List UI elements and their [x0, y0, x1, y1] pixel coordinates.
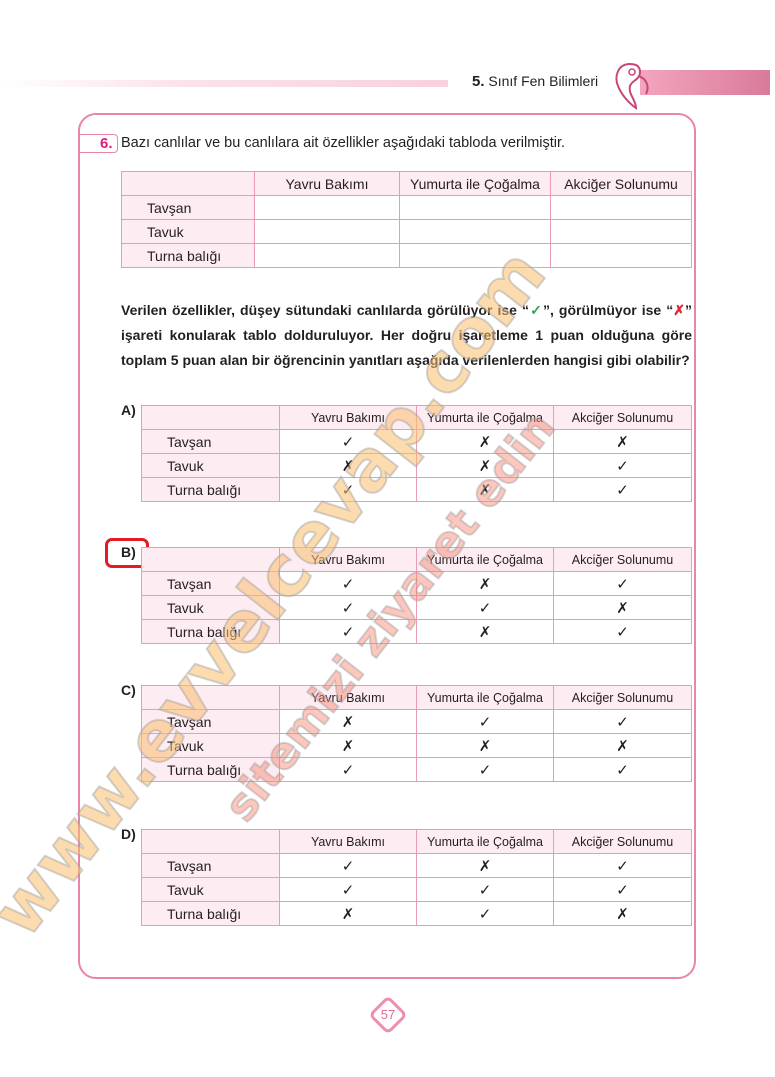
- mark-cell: ✗: [554, 902, 692, 926]
- table-cell: [551, 196, 692, 220]
- option-a-table[interactable]: Yavru BakımıYumurta ile ÇoğalmaAkciğer S…: [141, 405, 692, 502]
- row-label: Turna balığı: [122, 244, 255, 268]
- option-d-table[interactable]: Yavru BakımıYumurta ile ÇoğalmaAkciğer S…: [141, 829, 692, 926]
- table-row: Tavşan✗✓✓: [142, 710, 692, 734]
- mark-cell: ✓: [280, 758, 417, 782]
- question-number: 6.: [100, 135, 113, 152]
- table-cell: [255, 220, 400, 244]
- header-cell: Yumurta ile Çoğalma: [417, 686, 554, 710]
- row-label: Tavşan: [122, 196, 255, 220]
- mark-cell: ✓: [280, 596, 417, 620]
- table-row: Turna balığı✓✗✓: [142, 620, 692, 644]
- mark-cell: ✓: [554, 478, 692, 502]
- table-row: Tavuk: [122, 220, 692, 244]
- mark-cell: ✗: [417, 430, 554, 454]
- mark-cell: ✓: [280, 478, 417, 502]
- table-cell: [400, 244, 551, 268]
- table-cell: [255, 196, 400, 220]
- header-cell: Yavru Bakımı: [280, 406, 417, 430]
- row-label: Tavuk: [142, 734, 280, 758]
- mark-cell: ✓: [280, 878, 417, 902]
- row-label: Tavuk: [122, 220, 255, 244]
- mark-cell: ✓: [280, 430, 417, 454]
- table-row: Turna balığı✗✓✗: [142, 902, 692, 926]
- table-row: Tavşan✓✗✗: [142, 430, 692, 454]
- table-cell: [255, 244, 400, 268]
- main-table: Yavru Bakımı Yumurta ile Çoğalma Akciğer…: [121, 171, 692, 268]
- table-row: Turna balığı: [122, 244, 692, 268]
- header-cell: [142, 548, 280, 572]
- header-cell: Yavru Bakımı: [280, 830, 417, 854]
- option-c-label[interactable]: C): [121, 682, 136, 698]
- option-c-table[interactable]: Yavru BakımıYumurta ile ÇoğalmaAkciğer S…: [141, 685, 692, 782]
- row-label: Turna balığı: [142, 902, 280, 926]
- mark-cell: ✗: [417, 572, 554, 596]
- table-row: Tavuk✓✓✓: [142, 878, 692, 902]
- table-row: Tavuk✓✓✗: [142, 596, 692, 620]
- mark-cell: ✗: [554, 734, 692, 758]
- question-text-part: Verilen özellikler, düşey sütundaki canl…: [121, 302, 529, 318]
- cross-symbol: ✗: [673, 302, 685, 318]
- table-header-row: Yavru BakımıYumurta ile ÇoğalmaAkciğer S…: [142, 686, 692, 710]
- header-cell: Akciğer Solunumu: [551, 172, 692, 196]
- row-label: Tavşan: [142, 572, 280, 596]
- question-text-part: ”, görülmüyor ise “: [543, 302, 673, 318]
- mark-cell: ✓: [554, 854, 692, 878]
- table-header-row: Yavru BakımıYumurta ile ÇoğalmaAkciğer S…: [142, 830, 692, 854]
- table-cell: [551, 244, 692, 268]
- header-cell: Yavru Bakımı: [255, 172, 400, 196]
- table-cell: [400, 196, 551, 220]
- mark-cell: ✗: [417, 734, 554, 758]
- table-row: Tavşan: [122, 196, 692, 220]
- subject-name: Sınıf Fen Bilimleri: [488, 73, 598, 89]
- mark-cell: ✓: [417, 710, 554, 734]
- table-row: Tavuk✗✗✓: [142, 454, 692, 478]
- mark-cell: ✗: [554, 596, 692, 620]
- row-label: Tavşan: [142, 854, 280, 878]
- option-a-label[interactable]: A): [121, 402, 136, 418]
- table-header-row: Yavru BakımıYumurta ile ÇoğalmaAkciğer S…: [142, 548, 692, 572]
- mark-cell: ✗: [417, 478, 554, 502]
- check-symbol: ✓: [529, 302, 543, 318]
- page-number-badge: 57: [367, 994, 409, 1036]
- header-cell: Akciğer Solunumu: [554, 406, 692, 430]
- header-cell: Yumurta ile Çoğalma: [417, 406, 554, 430]
- table-cell: [400, 220, 551, 244]
- row-label: Tavşan: [142, 430, 280, 454]
- grade-number: 5.: [472, 73, 485, 90]
- table-cell: [551, 220, 692, 244]
- mark-cell: ✓: [554, 620, 692, 644]
- table-header-row: Yavru Bakımı Yumurta ile Çoğalma Akciğer…: [122, 172, 692, 196]
- mark-cell: ✓: [417, 878, 554, 902]
- header-cell: Akciğer Solunumu: [554, 830, 692, 854]
- table-row: Tavşan✓✗✓: [142, 854, 692, 878]
- table-row: Turna balığı✓✓✓: [142, 758, 692, 782]
- mark-cell: ✓: [417, 596, 554, 620]
- header-title: 5. Sınıf Fen Bilimleri: [472, 73, 598, 90]
- question-text: Verilen özellikler, düşey sütundaki canl…: [121, 298, 692, 373]
- mark-cell: ✓: [554, 572, 692, 596]
- header-cell: Akciğer Solunumu: [554, 686, 692, 710]
- mark-cell: ✗: [417, 854, 554, 878]
- mark-cell: ✓: [554, 878, 692, 902]
- header-cell: Yumurta ile Çoğalma: [417, 830, 554, 854]
- header-cell: [142, 406, 280, 430]
- mark-cell: ✓: [554, 454, 692, 478]
- mark-cell: ✗: [554, 430, 692, 454]
- mark-cell: ✗: [280, 710, 417, 734]
- mark-cell: ✗: [280, 454, 417, 478]
- option-b-table[interactable]: Yavru BakımıYumurta ile ÇoğalmaAkciğer S…: [141, 547, 692, 644]
- mark-cell: ✓: [554, 710, 692, 734]
- mark-cell: ✗: [280, 734, 417, 758]
- row-label: Tavuk: [142, 596, 280, 620]
- header-cell: [142, 686, 280, 710]
- row-label: Tavşan: [142, 710, 280, 734]
- page-number: 57: [367, 1007, 409, 1022]
- header-cell: Yavru Bakımı: [280, 548, 417, 572]
- option-b-label[interactable]: B): [121, 544, 136, 560]
- table-header-row: Yavru BakımıYumurta ile ÇoğalmaAkciğer S…: [142, 406, 692, 430]
- header-cell: Akciğer Solunumu: [554, 548, 692, 572]
- header-decor-strip: [0, 80, 448, 87]
- header-cell: Yumurta ile Çoğalma: [417, 548, 554, 572]
- chameleon-logo-icon: [600, 58, 660, 114]
- option-d-label[interactable]: D): [121, 826, 136, 842]
- row-label: Turna balığı: [142, 758, 280, 782]
- mark-cell: ✗: [417, 454, 554, 478]
- mark-cell: ✗: [280, 902, 417, 926]
- header-cell: Yumurta ile Çoğalma: [400, 172, 551, 196]
- mark-cell: ✗: [417, 620, 554, 644]
- mark-cell: ✓: [417, 758, 554, 782]
- mark-cell: ✓: [280, 854, 417, 878]
- mark-cell: ✓: [417, 902, 554, 926]
- mark-cell: ✓: [554, 758, 692, 782]
- header-cell: Yavru Bakımı: [280, 686, 417, 710]
- table-row: Tavşan✓✗✓: [142, 572, 692, 596]
- table-row: Turna balığı✓✗✓: [142, 478, 692, 502]
- mark-cell: ✓: [280, 620, 417, 644]
- header-cell: [122, 172, 255, 196]
- table-row: Tavuk✗✗✗: [142, 734, 692, 758]
- row-label: Tavuk: [142, 454, 280, 478]
- row-label: Tavuk: [142, 878, 280, 902]
- header-cell: [142, 830, 280, 854]
- question-intro: Bazı canlılar ve bu canlılara ait özelli…: [121, 135, 565, 151]
- row-label: Turna balığı: [142, 620, 280, 644]
- mark-cell: ✓: [280, 572, 417, 596]
- row-label: Turna balığı: [142, 478, 280, 502]
